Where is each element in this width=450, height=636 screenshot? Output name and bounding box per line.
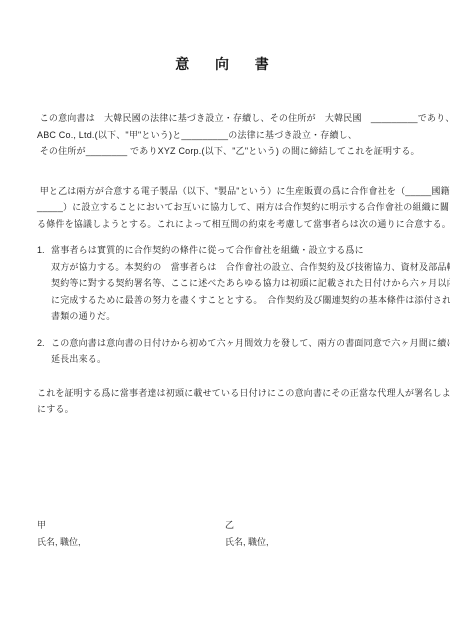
clause-1-line: 當事者らは實質的に合作契約の條件に從って合作會社を組織・設立する爲に [51, 242, 450, 259]
clause-1-body: 當事者らは實質的に合作契約の條件に從って合作會社を組織・設立する爲に 双方が協力… [51, 242, 450, 325]
party-a-label: 甲 [37, 517, 225, 534]
party-a-fields: 氏名, 職位, [37, 534, 225, 551]
preamble-paragraph: 甲と乙は兩方が合意する電子製品（以下、"製品"という）に生産販賣の爲に合作會社を… [37, 183, 446, 233]
intro-line: その住所が________ でありXYZ Corp.(以下、"乙"という) の間… [37, 143, 446, 160]
clause-2-number: 2. [37, 335, 51, 368]
clause-1: 1. 當事者らは實質的に合作契約の條件に從って合作會社を組織・設立する爲に 双方… [37, 242, 446, 325]
clause-1-line: 双方が協力する。本契約の 當事者らは 合作會社の設立、合作契約及び技術協力、資材… [51, 259, 450, 276]
clause-2-line: この意向書は意向書の日付けから初めて六ヶ月間效力を發して、兩方の書面同意で六ヶ月… [51, 335, 450, 352]
closing-line: にする。 [37, 401, 446, 418]
party-b-fields: 氏名, 職位, [225, 534, 425, 551]
clause-1-line: に完成するために最善の努力を盡くすこととする。 合作契約及び關連契約の基本條件は… [51, 292, 450, 309]
clause-2: 2. この意向書は意向書の日付けから初めて六ヶ月間效力を發して、兩方の書面同意で… [37, 335, 446, 368]
clause-1-line: 書類の通りだ。 [51, 308, 450, 325]
party-b-label: 乙 [225, 517, 425, 534]
preamble-line: る條件を協議しようとする。これによって相互間の約束を考慮して當事者らは次の通りに… [37, 216, 446, 233]
document-page: 意 向 書 この意向書は 大韓民國の法律に基づき設立・存續し、その住所が 大韓民… [0, 0, 450, 636]
intro-line: ABC Co., Ltd.(以下、"甲"という)と_________の法律に基づ… [37, 127, 446, 144]
intro-paragraph: この意向書は 大韓民國の法律に基づき設立・存續し、その住所が 大韓民國 ____… [37, 110, 446, 160]
clause-1-line: 契約等に對する契約署名等、ここに述べたあらゆる協力は初頭に記載された日付けから六… [51, 275, 450, 292]
closing-line: これを証明する爲に當事者達は初頭に載せている日付けにこの意向書にその正當な代理人… [37, 385, 446, 402]
preamble-line: _____）に設立することにおいてお互いに協力して、兩方は合作契約に明示する合作… [37, 199, 446, 216]
clause-2-body: この意向書は意向書の日付けから初めて六ヶ月間效力を發して、兩方の書面同意で六ヶ月… [51, 335, 450, 368]
clause-2-line: 延長出來る。 [51, 351, 450, 368]
document-title: 意 向 書 [0, 54, 450, 74]
preamble-line: 甲と乙は兩方が合意する電子製品（以下、"製品"という）に生産販賣の爲に合作會社を… [37, 183, 446, 200]
intro-line: この意向書は 大韓民國の法律に基づき設立・存續し、その住所が 大韓民國 ____… [37, 110, 446, 127]
closing-paragraph: これを証明する爲に當事者達は初頭に載せている日付けにこの意向書にその正當な代理人… [37, 385, 446, 418]
signature-party-a: 甲 氏名, 職位, [37, 517, 225, 551]
signature-section: 甲 氏名, 職位, 乙 氏名, 職位, [37, 517, 450, 551]
signature-party-b: 乙 氏名, 職位, [225, 517, 425, 551]
clause-1-number: 1. [37, 242, 51, 325]
